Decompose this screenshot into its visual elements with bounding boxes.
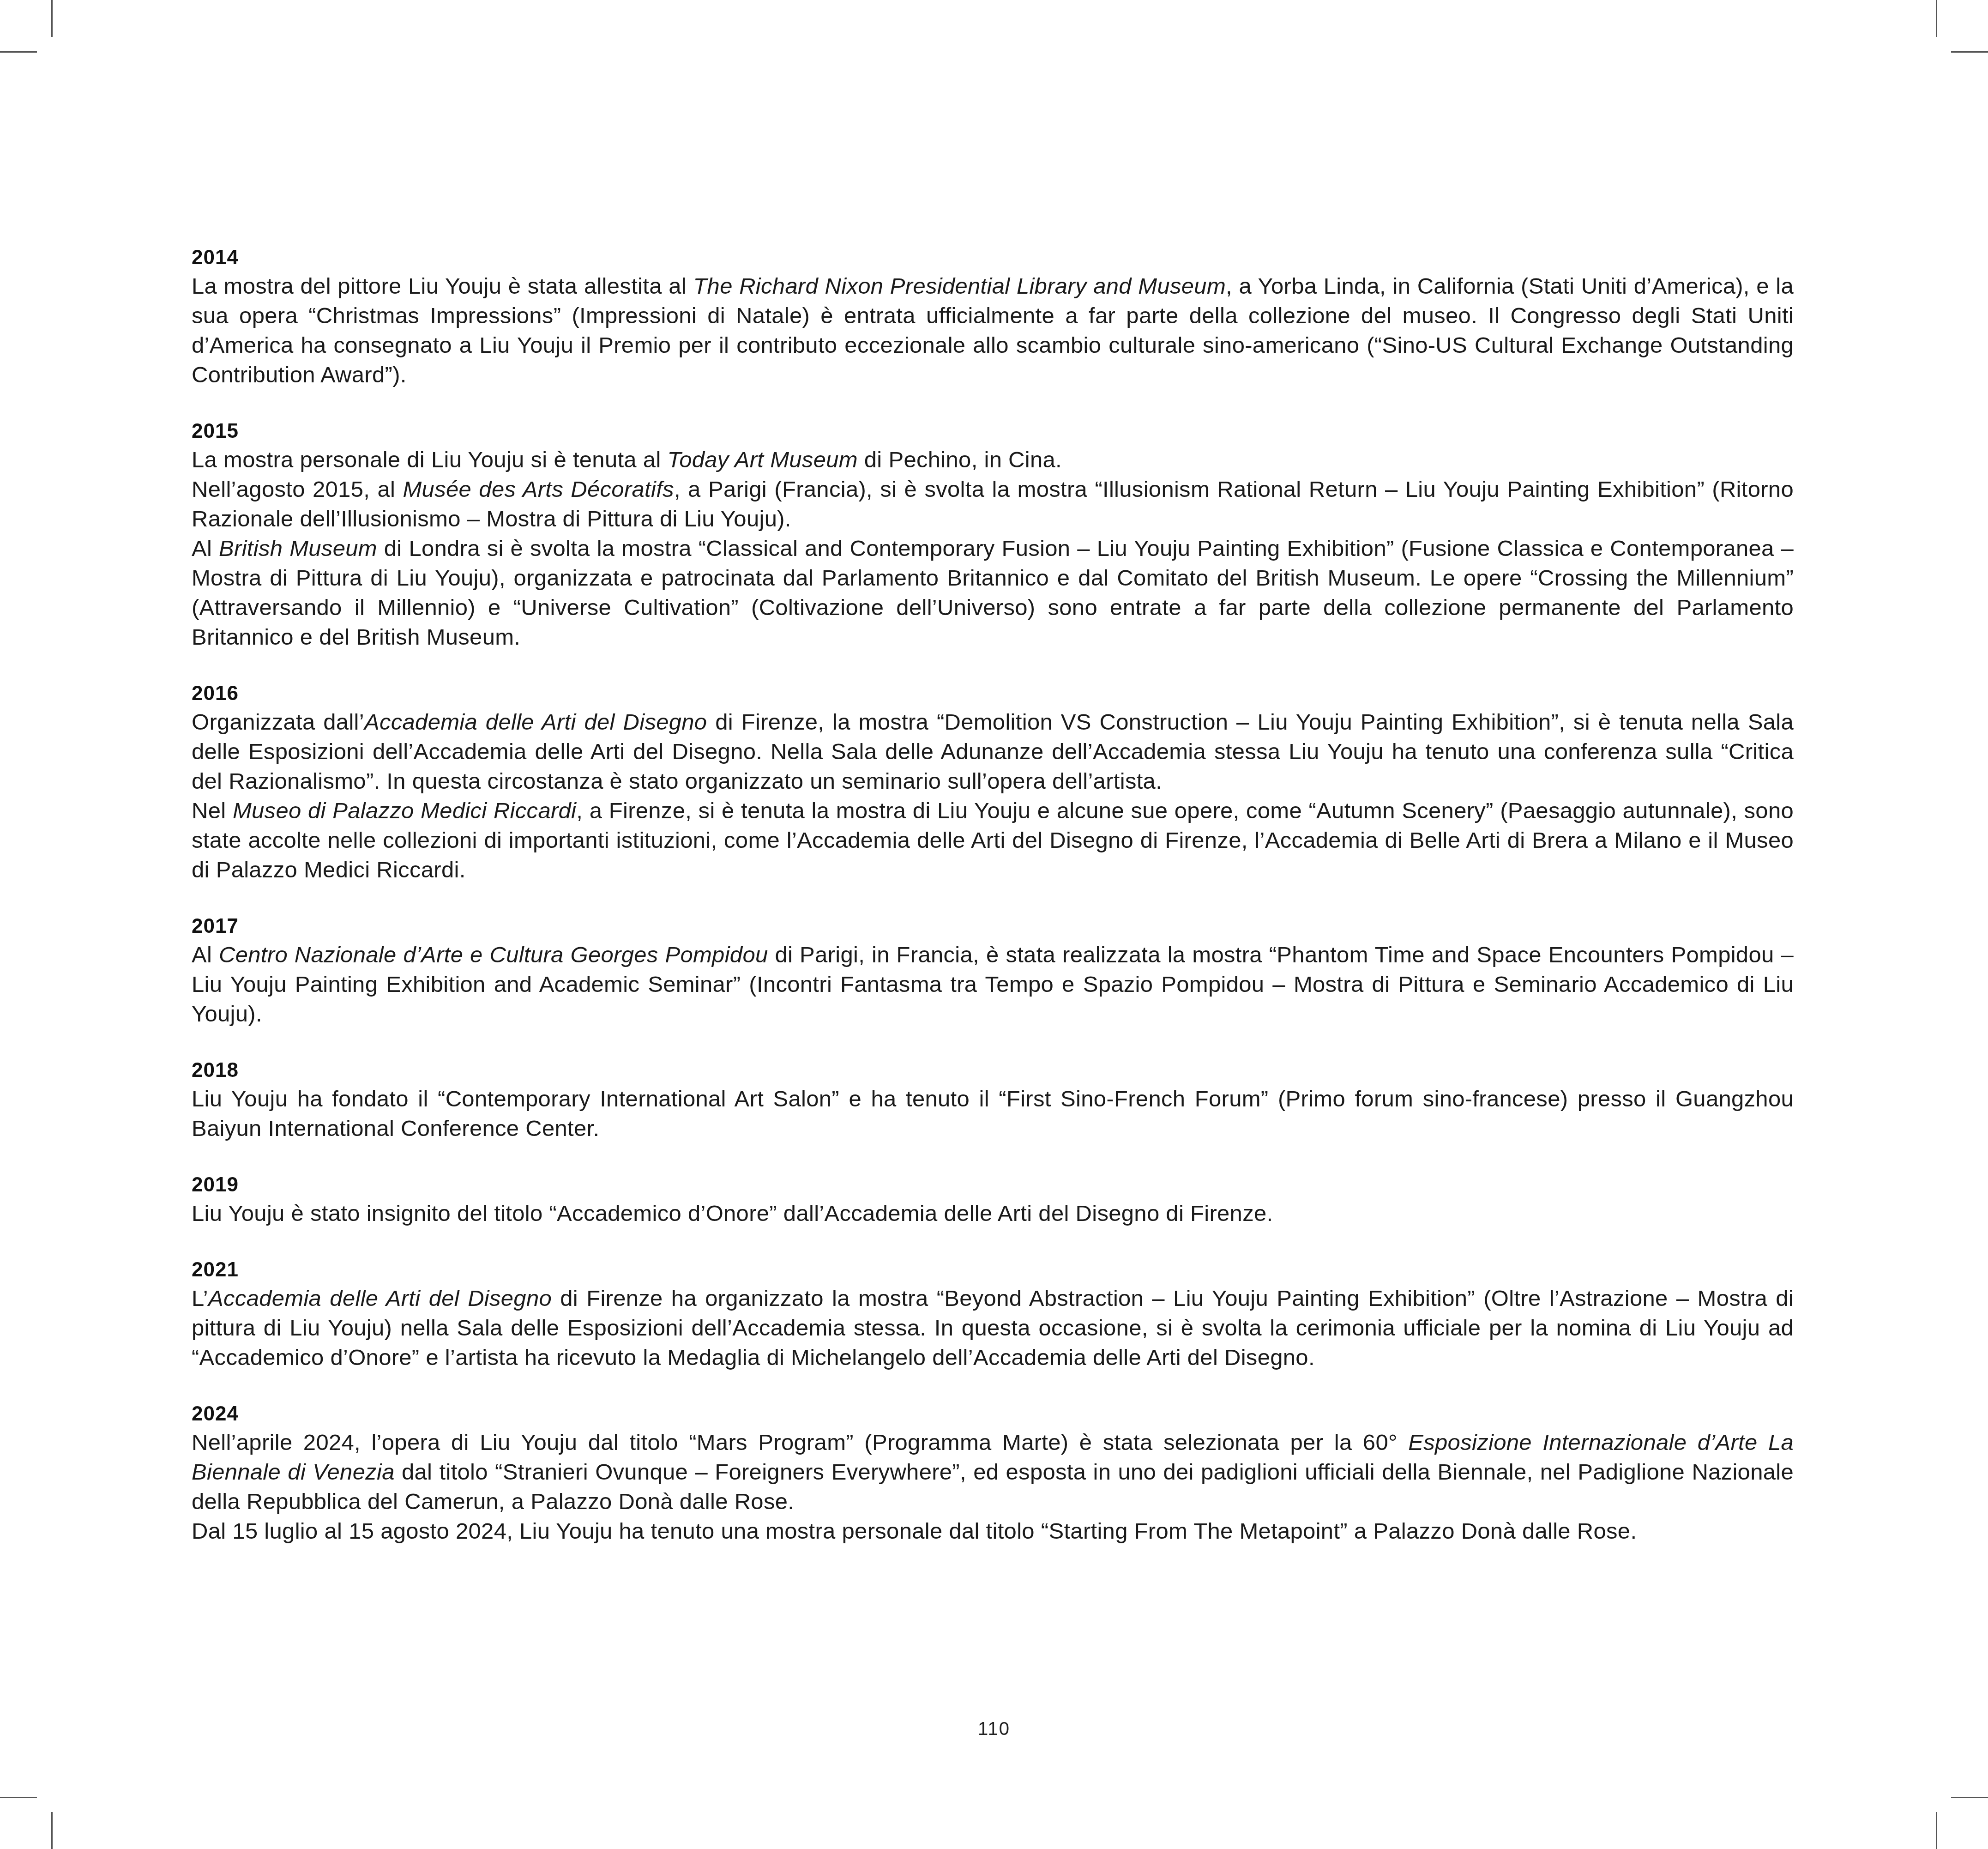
italic-title-text: Musée des Arts Décoratifs [403,477,674,502]
entry-paragraph: Nell’agosto 2015, al Musée des Arts Déco… [192,475,1794,534]
body-text: Liu Youju è stato insignito del titolo “… [192,1201,1273,1226]
chronology-entry-2014: 2014La mostra del pittore Liu Youju è st… [192,244,1794,390]
entry-paragraph: Liu Youju è stato insignito del titolo “… [192,1199,1794,1228]
crop-mark-top-left-vertical [51,0,53,37]
crop-mark-bottom-left-horizontal [0,1797,37,1798]
page-number: 110 [948,1719,1040,1740]
entry-paragraph: Organizzata dall’Accademia delle Arti de… [192,707,1794,796]
entry-paragraph: Dal 15 luglio al 15 agosto 2024, Liu You… [192,1517,1794,1546]
body-text: Nell’agosto 2015, al [192,477,403,502]
chronology-entry-2016: 2016Organizzata dall’Accademia delle Art… [192,680,1794,885]
italic-title-text: The Richard Nixon Presidential Library a… [693,274,1226,299]
year-heading: 2024 [192,1400,1794,1428]
entry-paragraph: Nell’aprile 2024, l’opera di Liu Youju d… [192,1428,1794,1517]
chronology-body: 2014La mostra del pittore Liu Youju è st… [192,244,1794,1574]
body-text: Liu Youju ha fondato il “Contemporary In… [192,1087,1794,1141]
entry-paragraph: Liu Youju ha fondato il “Contemporary In… [192,1084,1794,1143]
crop-mark-top-right-vertical [1936,0,1937,37]
chronology-entry-2021: 2021L’Accademia delle Arti del Disegno d… [192,1256,1794,1372]
italic-title-text: British Museum [219,536,377,561]
body-text: dal titolo “Stranieri Ovunque – Foreigne… [192,1460,1794,1514]
chronology-entry-2024: 2024Nell’aprile 2024, l’opera di Liu You… [192,1400,1794,1546]
body-text: Al [192,943,219,967]
crop-mark-bottom-left-vertical [51,1812,53,1849]
entry-paragraph: L’Accademia delle Arti del Disegno di Fi… [192,1284,1794,1372]
year-heading: 2016 [192,680,1794,707]
body-text: di Londra si è svolta la mostra “Classic… [192,536,1794,650]
body-text: Organizzata dall’ [192,710,364,735]
body-text: L’ [192,1286,208,1311]
entry-paragraph: Nel Museo di Palazzo Medici Riccardi, a … [192,796,1794,885]
body-text: Al [192,536,219,561]
italic-title-text: Today Art Museum [667,447,857,472]
body-text: La mostra del pittore Liu Youju è stata … [192,274,693,299]
body-text: Nel [192,798,233,823]
year-heading: 2018 [192,1057,1794,1084]
entry-paragraph: La mostra del pittore Liu Youju è stata … [192,272,1794,390]
year-heading: 2014 [192,244,1794,272]
crop-mark-top-left-horizontal [0,51,37,53]
year-heading: 2015 [192,417,1794,445]
crop-mark-bottom-right-vertical [1936,1812,1937,1849]
crop-mark-top-right-horizontal [1951,51,1988,53]
year-heading: 2017 [192,912,1794,940]
year-heading: 2021 [192,1256,1794,1284]
italic-title-text: Accademia delle Arti del Disegno [364,710,707,735]
chronology-entry-2018: 2018Liu Youju ha fondato il “Contemporar… [192,1057,1794,1143]
year-heading: 2019 [192,1171,1794,1199]
body-text: di Pechino, in Cina. [858,447,1062,472]
italic-title-text: Centro Nazionale d’Arte e Cultura George… [219,943,768,967]
entry-paragraph: Al Centro Nazionale d’Arte e Cultura Geo… [192,940,1794,1029]
body-text: La mostra personale di Liu Youju si è te… [192,447,667,472]
italic-title-text: Museo di Palazzo Medici Riccardi [233,798,576,823]
entry-paragraph: La mostra personale di Liu Youju si è te… [192,445,1794,475]
chronology-entry-2017: 2017Al Centro Nazionale d’Arte e Cultura… [192,912,1794,1029]
crop-mark-bottom-right-horizontal [1951,1797,1988,1798]
body-text: Nell’aprile 2024, l’opera di Liu Youju d… [192,1430,1408,1455]
body-text: Dal 15 luglio al 15 agosto 2024, Liu You… [192,1519,1637,1544]
italic-title-text: Accademia delle Arti del Disegno [208,1286,552,1311]
chronology-entry-2015: 2015La mostra personale di Liu Youju si … [192,417,1794,652]
entry-paragraph: Al British Museum di Londra si è svolta … [192,534,1794,652]
chronology-entry-2019: 2019Liu Youju è stato insignito del tito… [192,1171,1794,1228]
